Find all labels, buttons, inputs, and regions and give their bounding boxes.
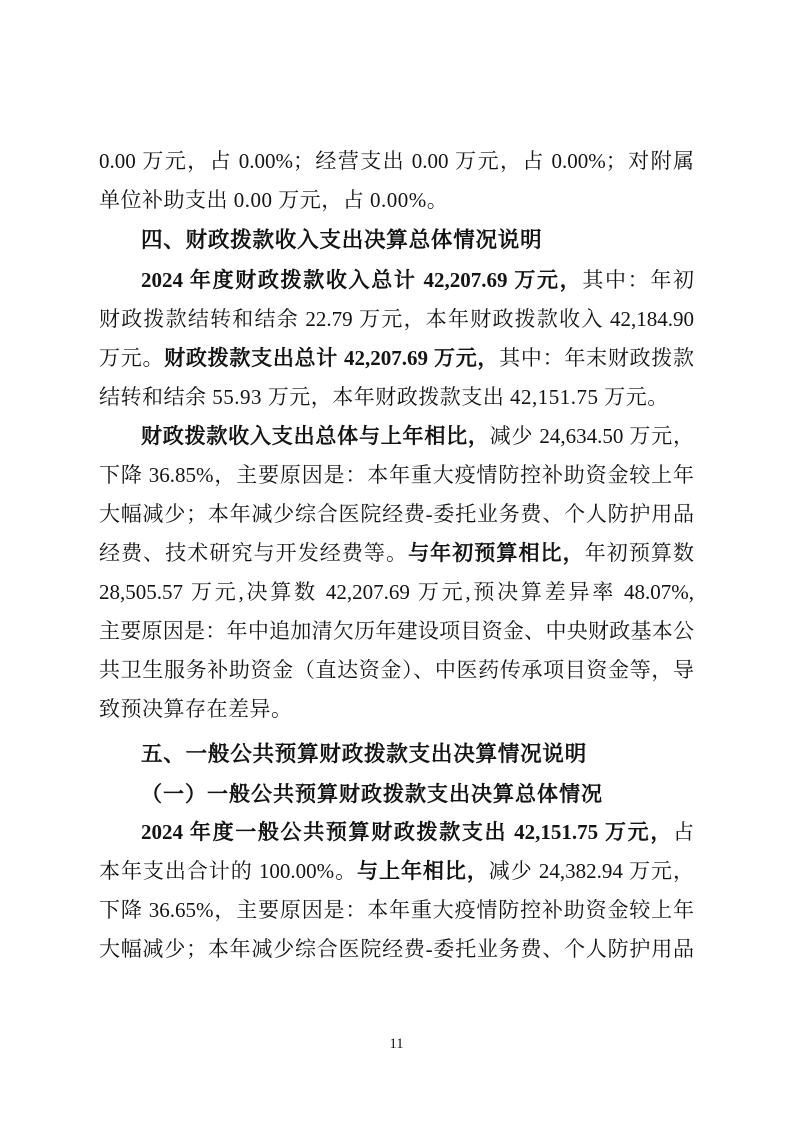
paragraph-line: 2024 年度一般公共预算财政拨款支出 42,151.75 万元，占 — [99, 813, 694, 852]
heading-line: 四、财政拨款收入支出决算总体情况说明 — [99, 221, 694, 260]
bold-text-run: 四、财政拨款收入支出决算总体情况说明 — [141, 228, 542, 252]
paragraph-line: 大幅减少；本年减少综合医院经费-委托业务费、个人防护用品 — [99, 930, 694, 969]
bold-text-run: （一）一般公共预算财政拨款支出决算总体情况 — [141, 781, 603, 806]
text-run: 大幅减少；本年减少综合医院经费-委托业务费、个人防护用品 — [99, 937, 694, 961]
subheading-line: （一）一般公共预算财政拨款支出决算总体情况 — [99, 774, 694, 813]
bold-text-run: 2024 年度财政拨款收入总计 42,207.69 万元， — [141, 268, 582, 292]
document-body: 0.00 万元，占 0.00%；经营支出 0.00 万元，占 0.00%；对附属… — [99, 142, 694, 969]
paragraph-line: 下降 36.85%，主要原因是：本年重大疫情防控补助资金较上年 — [99, 456, 694, 495]
text-run: 年初预算数 — [585, 541, 694, 565]
bold-text-run: 与上年相比， — [357, 859, 489, 883]
paragraph-line: 28,505.57 万元,决算数 42,207.69 万元,预决算差异率 48.… — [99, 573, 694, 612]
bold-text-run: 财政拨款收入支出总体与上年相比， — [141, 424, 490, 448]
paragraph-line: 万元。财政拨款支出总计 42,207.69 万元，其中：年末财政拨款 — [99, 339, 694, 378]
text-run: 万元。 — [99, 346, 164, 370]
bold-text-run: 五、一般公共预算财政拨款支出决算情况说明 — [141, 742, 587, 766]
para-business-expense-continuation: 0.00 万元，占 0.00%；经营支出 0.00 万元，占 0.00%；对附属… — [99, 142, 694, 220]
text-run: 本年支出合计的 100.00%。 — [99, 859, 357, 883]
section-5-heading: 五、一般公共预算财政拨款支出决算情况说明 — [99, 735, 694, 774]
document-page: 0.00 万元，占 0.00%；经营支出 0.00 万元，占 0.00%；对附属… — [0, 0, 793, 1122]
bold-text-run: 与年初预算相比， — [408, 541, 585, 565]
para-fiscal-appropriation-totals: 2024 年度财政拨款收入总计 42,207.69 万元，其中：年初财政拨款结转… — [99, 261, 694, 417]
paragraph-line: 致预决算存在差异。 — [99, 690, 694, 729]
paragraph-line: 单位补助支出 0.00 万元，占 0.00%。 — [99, 181, 694, 220]
text-run: 大幅减少；本年减少综合医院经费-委托业务费、个人防护用品 — [99, 502, 694, 526]
paragraph-line: 大幅减少；本年减少综合医院经费-委托业务费、个人防护用品 — [99, 495, 694, 534]
paragraph-line: 财政拨款结转和结余 22.79 万元，本年财政拨款收入 42,184.90 — [99, 300, 694, 339]
text-run: 下降 36.85%，主要原因是：本年重大疫情防控补助资金较上年 — [99, 463, 694, 487]
heading-line: 五、一般公共预算财政拨款支出决算情况说明 — [99, 735, 694, 774]
paragraph-line: 共卫生服务补助资金（直达资金）、中医药传承项目资金等，导 — [99, 651, 694, 690]
section-4-heading: 四、财政拨款收入支出决算总体情况说明 — [99, 221, 694, 260]
text-run: 结转和结余 55.93 万元，本年财政拨款支出 42,151.75 万元。 — [99, 385, 669, 409]
text-run: 下降 36.65%，主要原因是：本年重大疫情防控补助资金较上年 — [99, 898, 694, 922]
paragraph-line: 经费、技术研究与开发经费等。与年初预算相比，年初预算数 — [99, 534, 694, 573]
paragraph-line: 财政拨款收入支出总体与上年相比，减少 24,634.50 万元， — [99, 417, 694, 456]
text-run: 其中：年初 — [582, 268, 694, 292]
bold-text-run: 2024 年度一般公共预算财政拨款支出 42,151.75 万元， — [141, 820, 673, 844]
paragraph-line: 下降 36.65%，主要原因是：本年重大疫情防控补助资金较上年 — [99, 891, 694, 930]
para-yearly-comparison: 财政拨款收入支出总体与上年相比，减少 24,634.50 万元，下降 36.85… — [99, 417, 694, 729]
text-run: 减少 24,382.94 万元， — [489, 859, 694, 883]
para-general-budget-expenditure: 2024 年度一般公共预算财政拨款支出 42,151.75 万元，占本年支出合计… — [99, 813, 694, 969]
text-run: 致预决算存在差异。 — [99, 697, 293, 721]
paragraph-line: 主要原因是：年中追加清欠历年建设项目资金、中央财政基本公 — [99, 612, 694, 651]
text-run: 财政拨款结转和结余 22.79 万元，本年财政拨款收入 42,184.90 — [99, 307, 694, 331]
text-run: 主要原因是：年中追加清欠历年建设项目资金、中央财政基本公 — [99, 619, 694, 643]
paragraph-line: 2024 年度财政拨款收入总计 42,207.69 万元，其中：年初 — [99, 261, 694, 300]
text-run: 共卫生服务补助资金（直达资金）、中医药传承项目资金等，导 — [99, 658, 694, 682]
paragraph-line: 本年支出合计的 100.00%。与上年相比，减少 24,382.94 万元， — [99, 852, 694, 891]
paragraph-line: 结转和结余 55.93 万元，本年财政拨款支出 42,151.75 万元。 — [99, 378, 694, 417]
text-run: 减少 24,634.50 万元， — [490, 424, 694, 448]
text-run: 28,505.57 万元,决算数 42,207.69 万元,预决算差异率 48.… — [99, 580, 694, 604]
section-5-1-subheading: （一）一般公共预算财政拨款支出决算总体情况 — [99, 774, 694, 813]
text-run: 其中：年末财政拨款 — [499, 346, 694, 370]
text-run: 经费、技术研究与开发经费等。 — [99, 541, 408, 565]
text-run: 占 — [673, 820, 694, 844]
text-run: 单位补助支出 0.00 万元，占 0.00%。 — [99, 188, 448, 212]
text-run: 0.00 万元，占 0.00%；经营支出 0.00 万元，占 0.00%；对附属 — [99, 149, 694, 173]
bold-text-run: 财政拨款支出总计 42,207.69 万元， — [164, 346, 499, 370]
paragraph-line: 0.00 万元，占 0.00%；经营支出 0.00 万元，占 0.00%；对附属 — [99, 142, 694, 181]
page-number: 11 — [0, 1036, 793, 1053]
